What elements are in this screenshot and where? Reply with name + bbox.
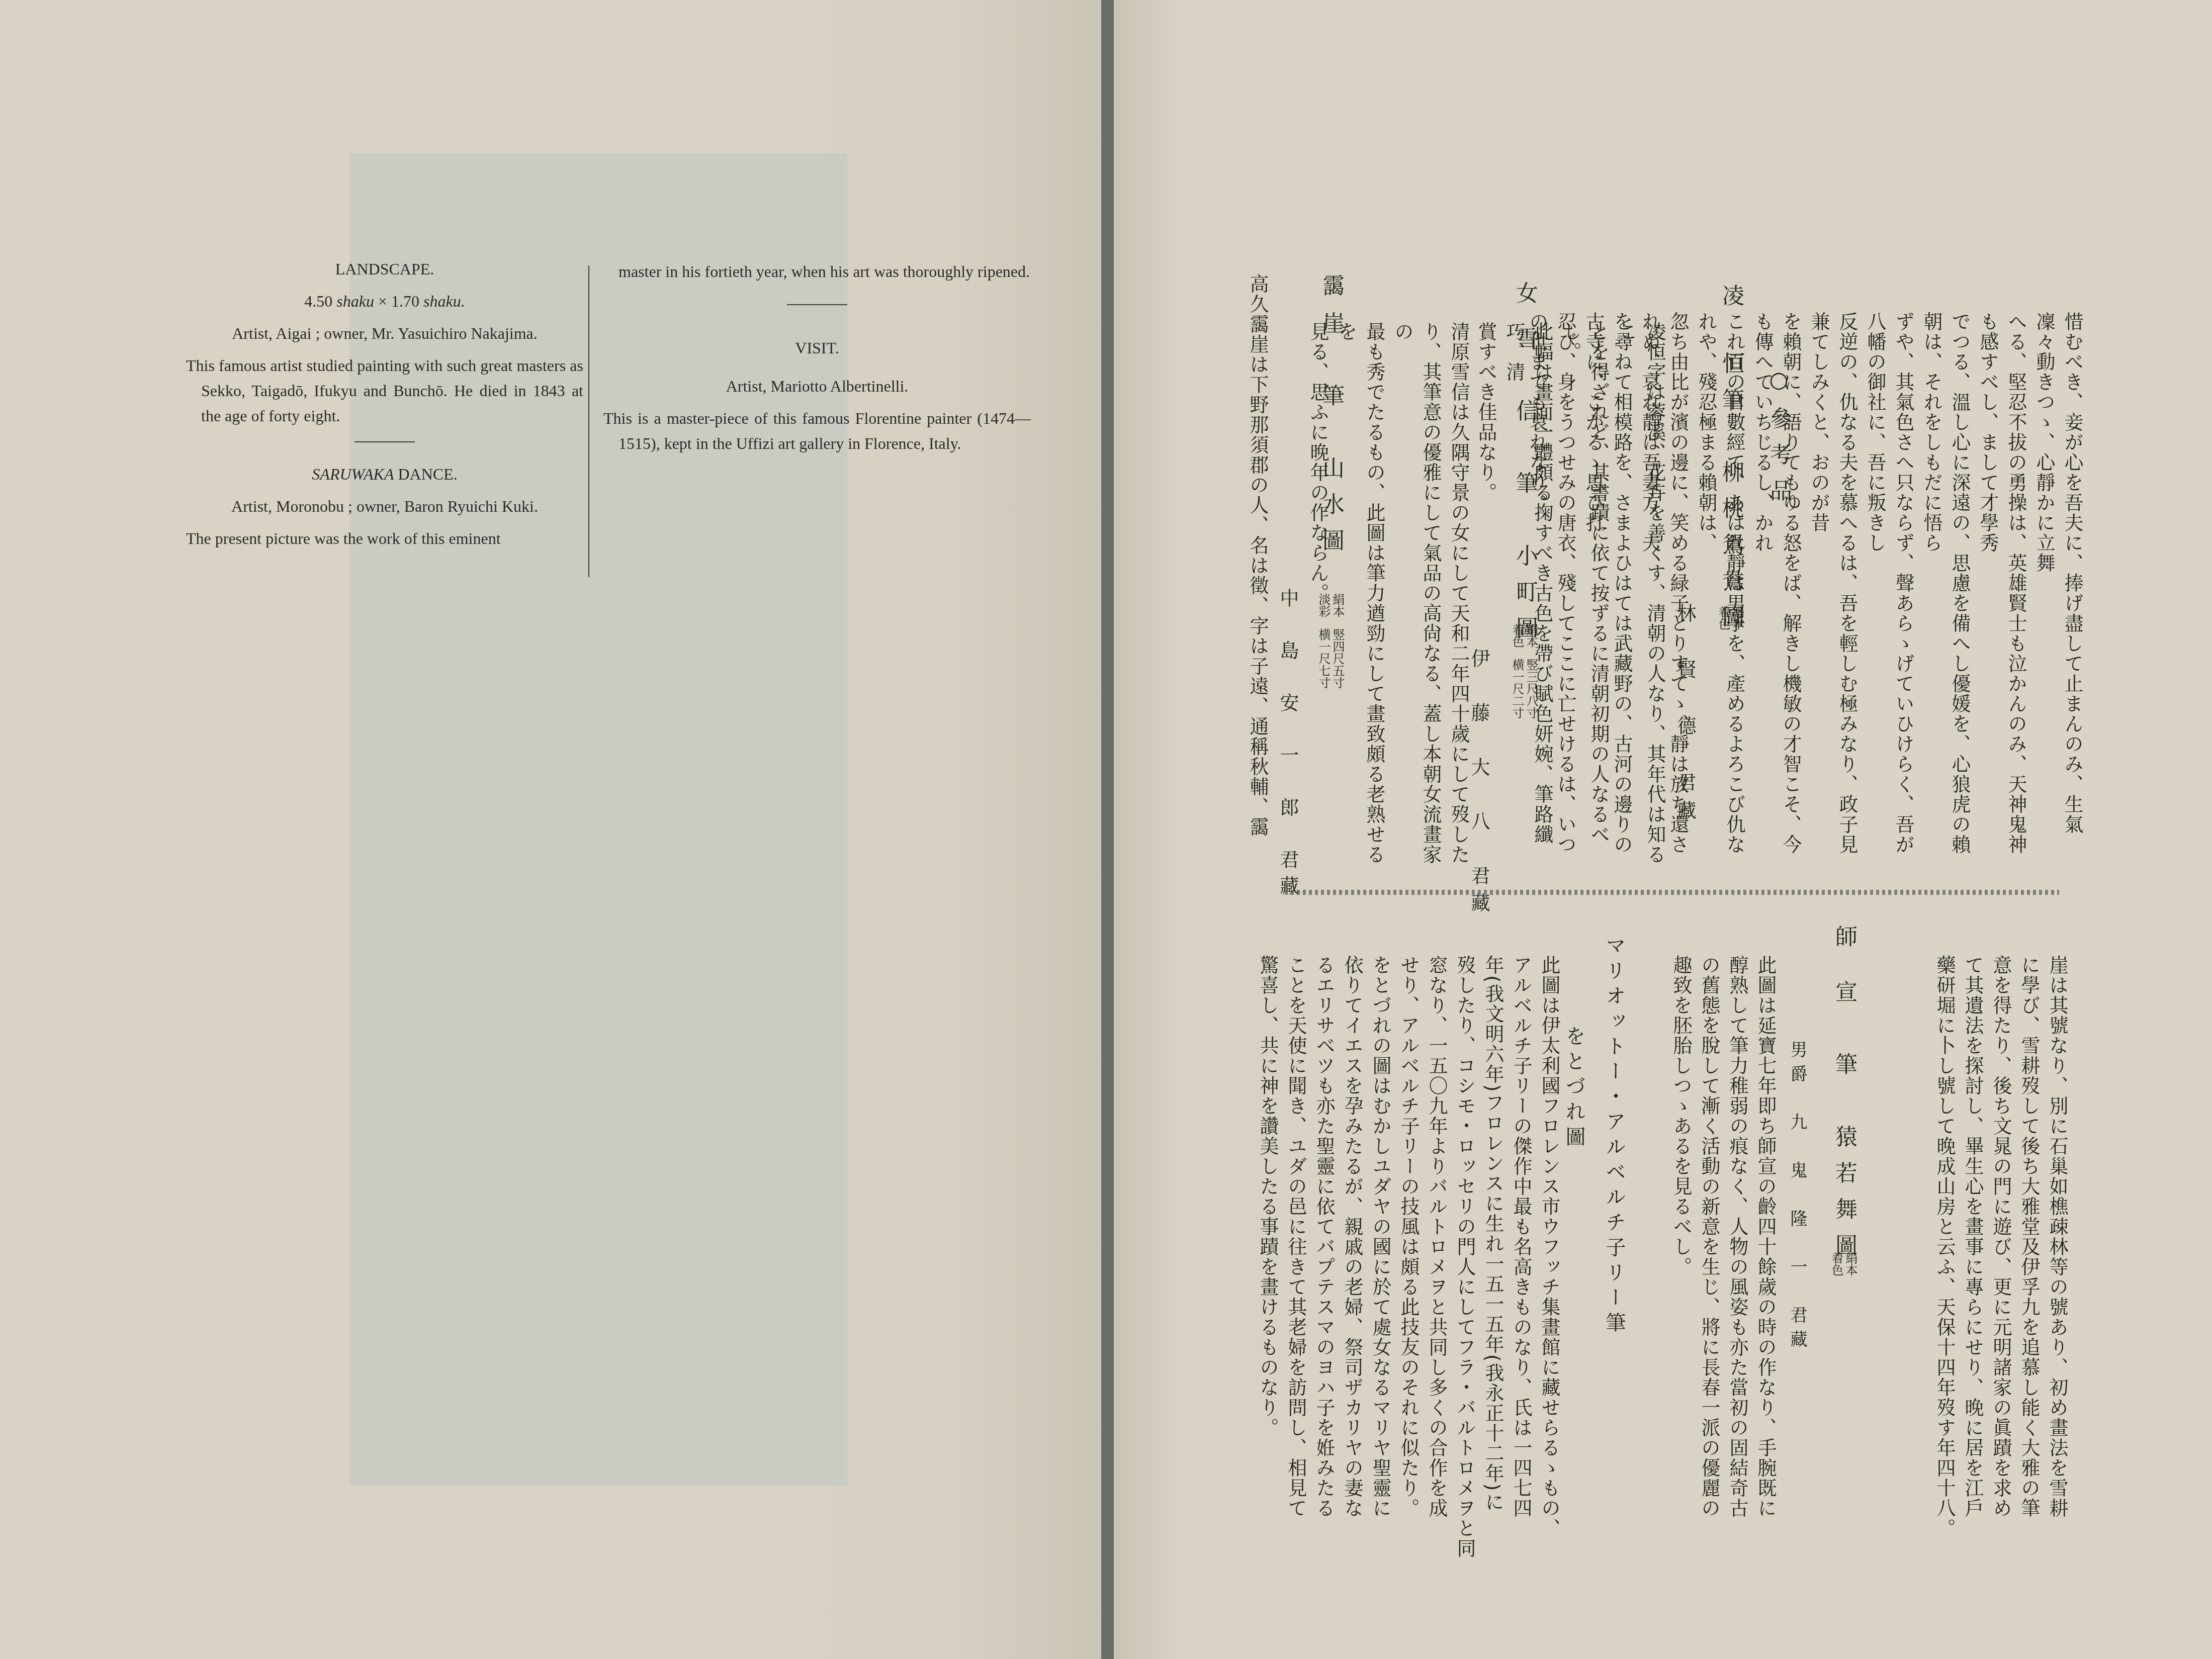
item4-owner: 男爵 九 鬼 隆 一 君藏	[1785, 1041, 1810, 1354]
item4-medium: 絹本着色	[1829, 1252, 1857, 1282]
visit-credit: Artist, Mariotto Albertinelli.	[603, 374, 1031, 399]
saruwaka-description-cont: master in his fortieth year, when his ar…	[603, 259, 1031, 284]
item2-medium: 絹本着色	[1510, 623, 1538, 654]
item2-size: 竪三尺八寸 横一尺二寸	[1510, 659, 1538, 729]
item3-description: 高久靄崖は下野那須郡の人、名は徵、字は子遠、通稱秋輔、靄	[1244, 274, 1272, 877]
item4-description: 此圖は延寶七年即ち師宣の齡四十餘歲の時の作なり、手腕既に 醇熟して筆力稚弱の痕な…	[1667, 955, 1780, 1558]
saruwaka-description-start: The present picture was the work of this…	[186, 526, 583, 551]
landscape-credit: Artist, Aigai ; owner, Mr. Yasuichiro Na…	[186, 321, 583, 346]
wavy-section-divider	[1285, 890, 2059, 895]
item2-head-char: 女	[1509, 282, 1541, 318]
visit-description: This is a master-piece of this famous Fl…	[603, 406, 1031, 456]
item3-size: 竪四尺五寸 横一尺七寸	[1316, 628, 1345, 699]
item3-head-char: 靄	[1315, 274, 1347, 310]
section-divider	[355, 441, 415, 442]
item1-medium: 絹本着色	[1716, 606, 1744, 636]
item1-title: 恒筆 柳桃鴛鴦圖	[1715, 352, 1747, 641]
english-column-2: master in his fortieth year, when his ar…	[603, 259, 1031, 456]
item1-owner: 林 賢 德 君藏	[1671, 603, 1699, 828]
item3-medium: 絹本淡彩	[1316, 593, 1345, 623]
item5-title-line1: マリオットー・アルベルチ子リー筆	[1600, 935, 1629, 1337]
item1-head-char: 凌	[1715, 284, 1747, 320]
reference-header: ○參考品	[1762, 367, 1795, 515]
item3-owner: 中 島 安 一 郎 君藏	[1274, 588, 1302, 902]
item3-description-cont: 崖は其號なり、別に石巢如樵疎林等の號あり、初め畫法を雪耕 に學び、雪耕歿して後ち…	[1930, 955, 2071, 1558]
landscape-size: 4.50 shaku × 1.70 shaku.	[186, 289, 583, 314]
item3-title: 崖 筆 山水圖	[1315, 312, 1347, 565]
section-divider	[787, 304, 847, 305]
item2-title: 雪 信 筆 小町圖	[1509, 327, 1541, 653]
item5-description: 此圖は伊太利國フロレンス市ウフッチ集畫館に藏せらるゝもの、 アルベルチ子リーの傑…	[1254, 955, 1563, 1558]
saruwaka-credit: Artist, Moronobu ; owner, Baron Ryuichi …	[186, 494, 583, 519]
visit-title: VISIT.	[603, 335, 1031, 360]
column-rule	[588, 265, 589, 577]
item4-title: 宣 筆 猿若舞圖	[1828, 980, 1860, 1270]
saruwaka-title: SARUWAKA DANCE.	[186, 462, 583, 487]
landscape-title: LANDSCAPE.	[186, 256, 583, 282]
item4-head-char: 師	[1828, 925, 1860, 961]
landscape-description: This famous artist studied painting with…	[186, 353, 583, 428]
left-page: LANDSCAPE. 4.50 shaku × 1.70 shaku. Arti…	[0, 0, 1104, 1659]
english-column-1: LANDSCAPE. 4.50 shaku × 1.70 shaku. Arti…	[186, 256, 583, 551]
item1-description: 凌恒字は蓉溪、花卉を善くす、清朝の人なり、其年代は知るこ とを得ざれど、其書蹟に…	[1472, 322, 1669, 880]
item5-title-line2: をとづれ圖	[1560, 1026, 1588, 1151]
